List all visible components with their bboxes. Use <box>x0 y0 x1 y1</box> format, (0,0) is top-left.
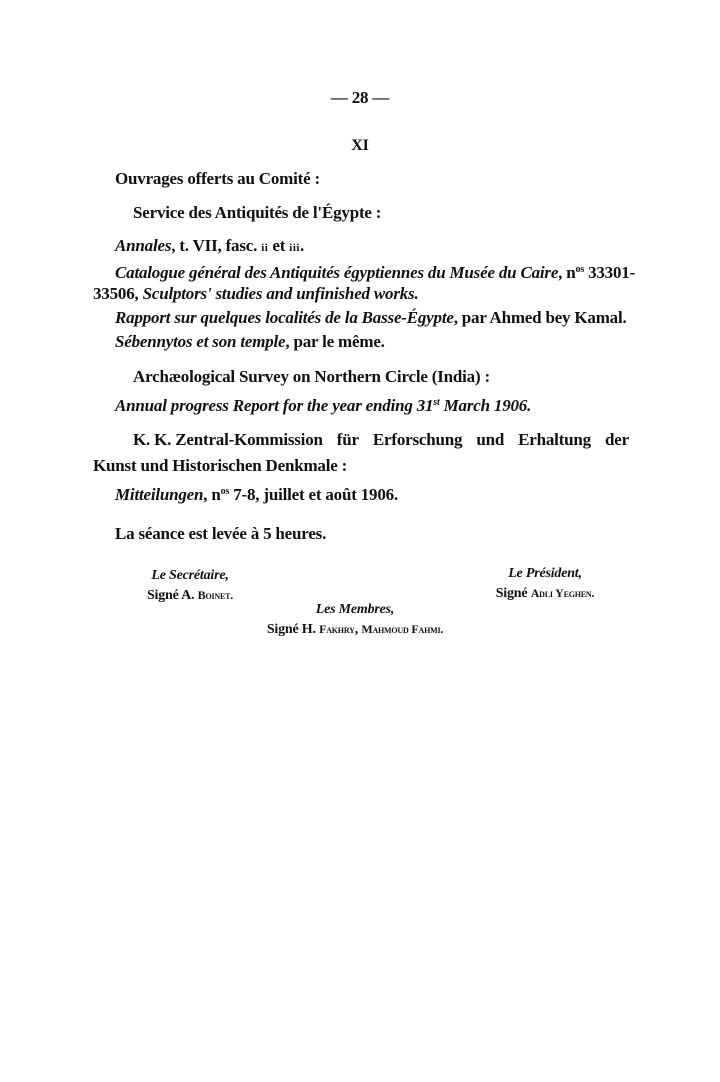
item-rapport-basse-egypte: Rapport sur quelques localités de la Bas… <box>115 308 627 328</box>
closing-statement: La séance est levée à 5 heures. <box>115 524 326 544</box>
item-title: Catalogue général des Antiquités égyptie… <box>115 263 558 282</box>
members-name-line: Signé H. Fakhry, Mahmoud Fahmi. <box>240 621 470 638</box>
signature-president: Le Président, Signé Adli Yeghen. <box>470 565 620 602</box>
section-number: XI <box>0 136 720 156</box>
item-catalogue-general: Catalogue général des Antiquités égyptie… <box>115 260 635 283</box>
item-mitteilungen: Mitteilungen, nos 7-8, juillet et août 1… <box>115 482 398 505</box>
item-catalogue-general-continued: 33506, Sculptors' studies and unfinished… <box>93 284 419 304</box>
item-title: Annual progress Report for the year endi… <box>115 396 433 415</box>
signature-members: Les Membres, Signé H. Fakhry, Mahmoud Fa… <box>240 601 470 638</box>
donor-zentral-kommission-line1: K. K. Zentral-Kommission für Erforschung… <box>133 430 629 450</box>
donor-archaeological-survey: Archæological Survey on Northern Circle … <box>133 367 490 387</box>
section-heading: Ouvrages offerts au Comité : <box>115 169 320 189</box>
secretary-name-line: Signé A. Boinet. <box>120 587 260 604</box>
item-sebennytos: Sébennytos et son temple, par le même. <box>115 332 385 352</box>
item-annual-progress-report: Annual progress Report for the year endi… <box>115 393 531 416</box>
item-title: Mitteilungen <box>115 485 203 504</box>
secretary-role: Le Secrétaire, <box>120 567 260 584</box>
donor-service-antiquites: Service des Antiquités de l'Égypte : <box>133 203 381 223</box>
donor-zentral-kommission-line2: Kunst und Historischen Denkmale : <box>93 456 347 476</box>
signature-secretary: Le Secrétaire, Signé A. Boinet. <box>120 567 260 604</box>
president-name-line: Signé Adli Yeghen. <box>470 585 620 602</box>
item-title: Rapport sur quelques localités de la Bas… <box>115 308 454 327</box>
page-number: — 28 — <box>0 88 720 108</box>
item-title: Annales <box>115 236 171 255</box>
item-title: Sébennytos et son temple <box>115 332 285 351</box>
president-role: Le Président, <box>470 565 620 582</box>
members-role: Les Membres, <box>240 601 470 618</box>
item-annales: Annales, t. VII, fasc. ii et iii. <box>115 236 304 258</box>
